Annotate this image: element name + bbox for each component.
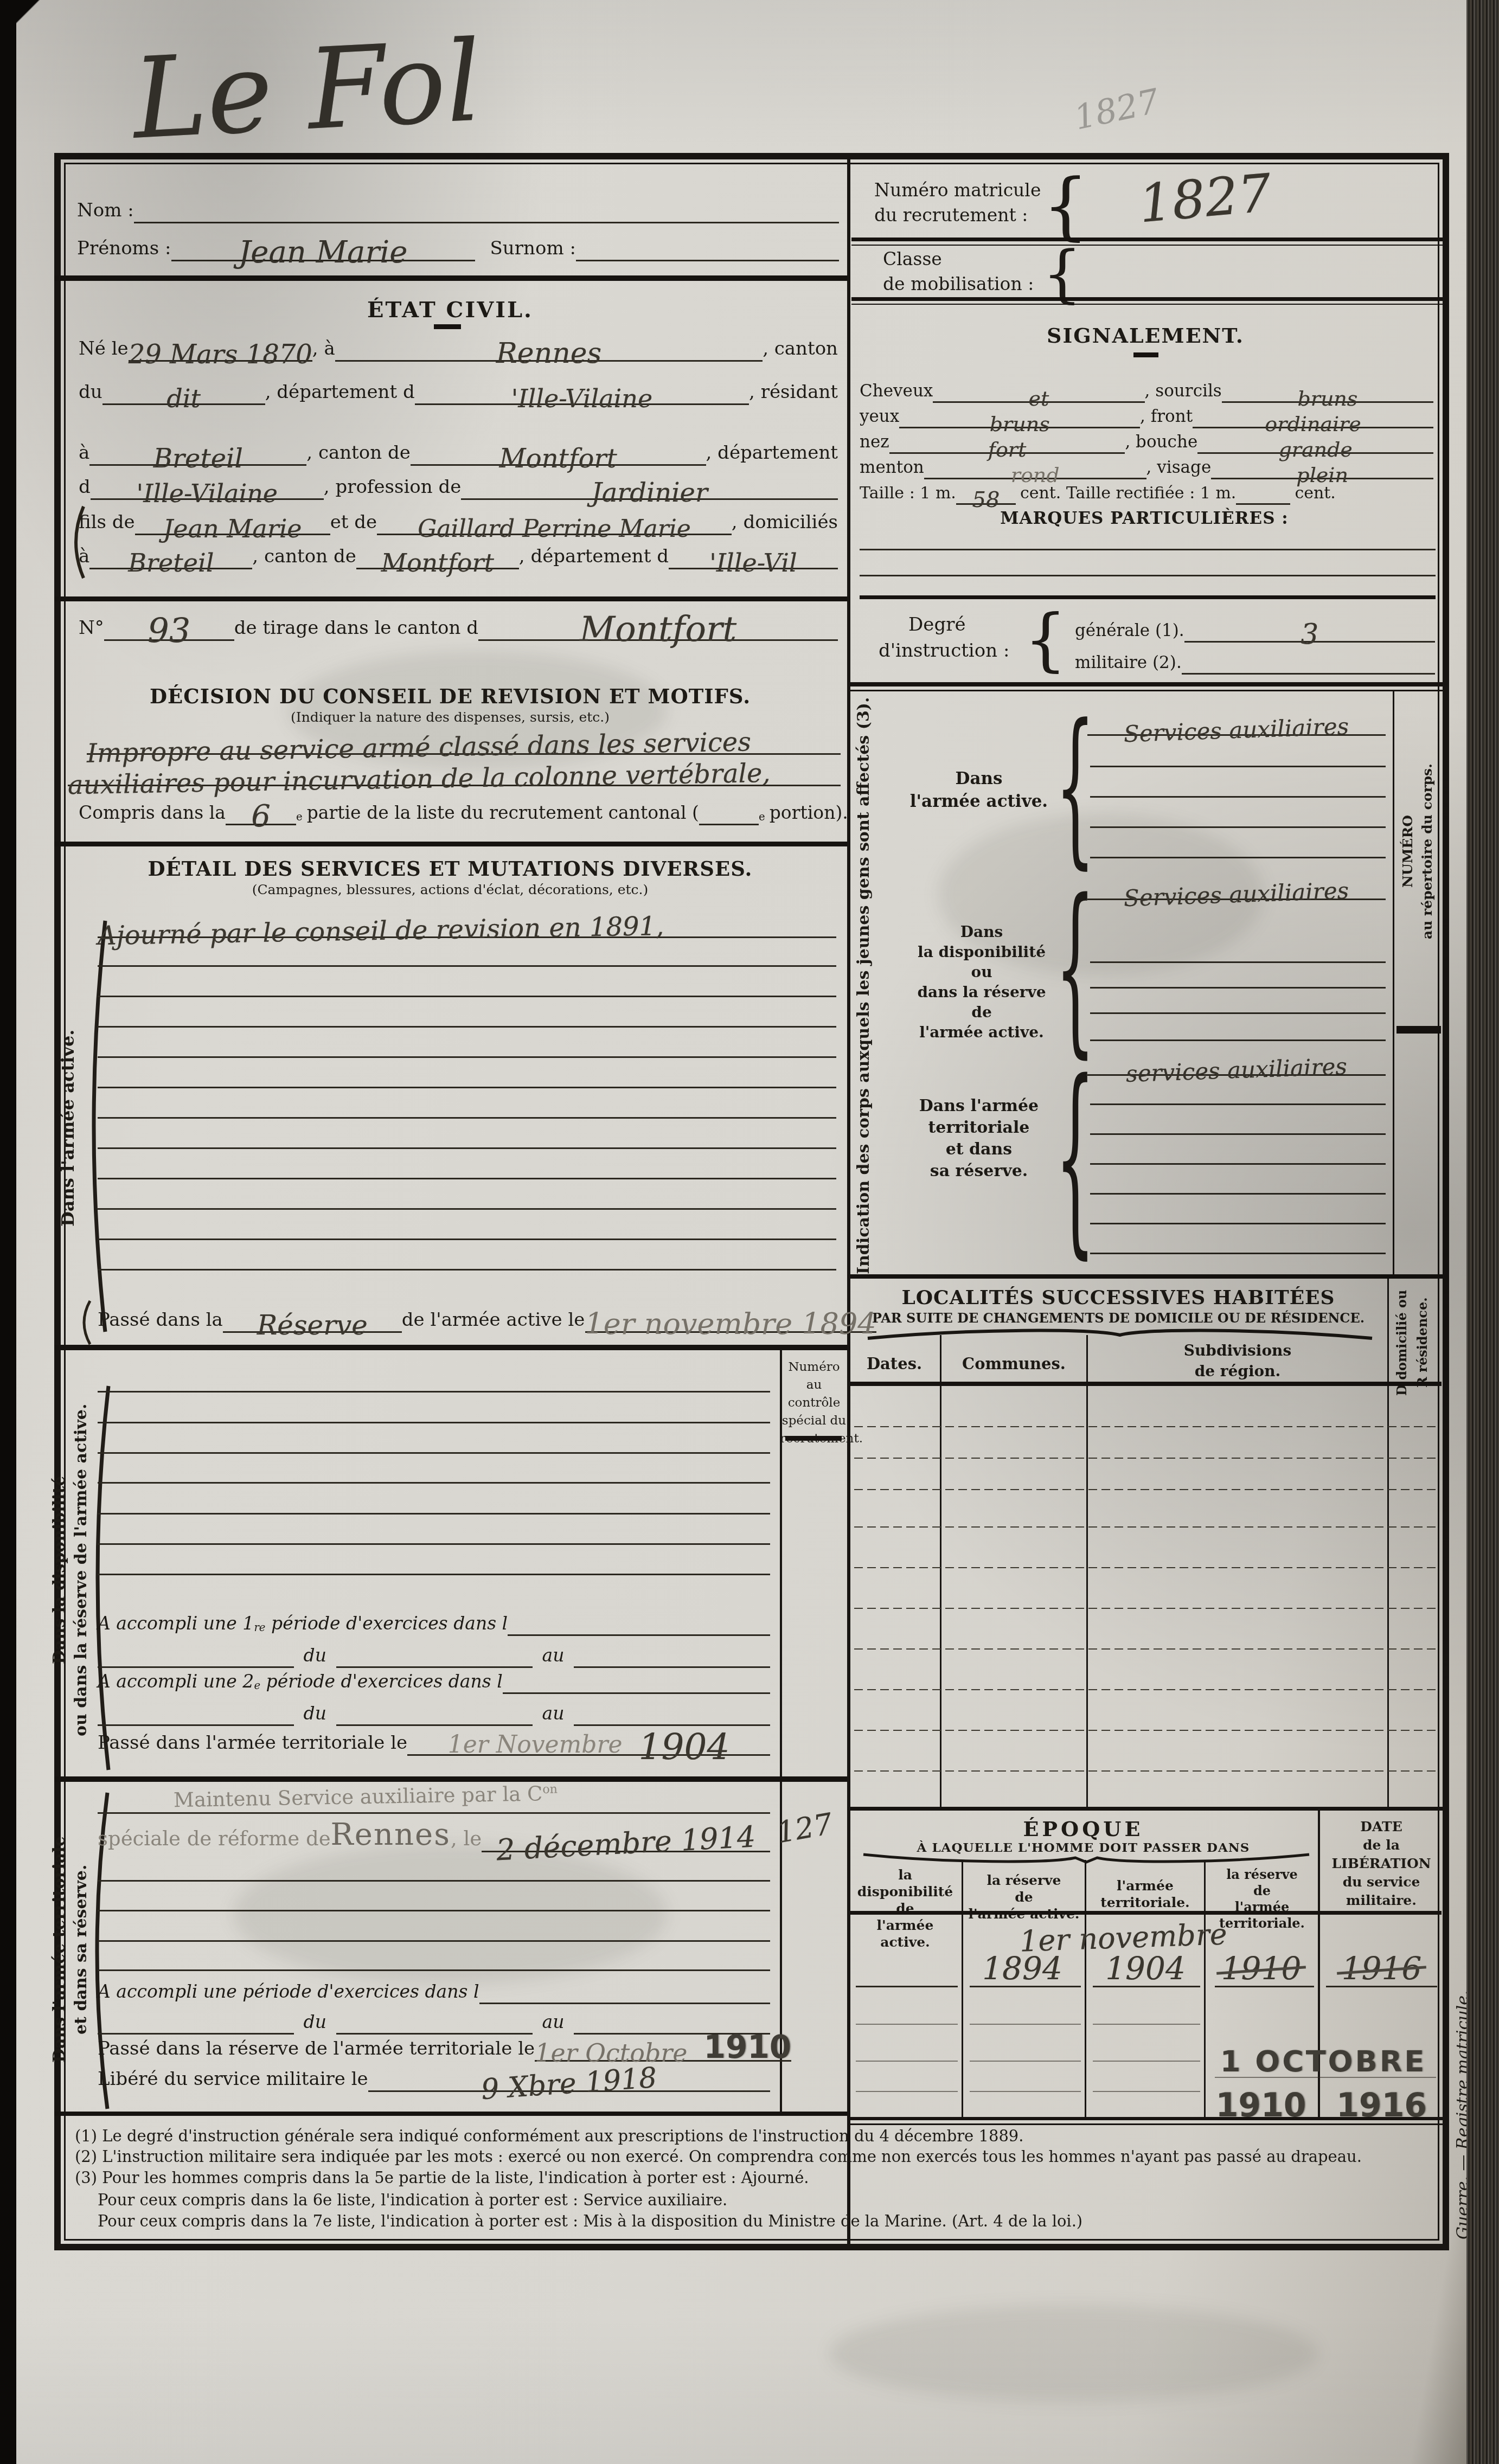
ornament-swash (865, 1327, 1375, 1342)
a-label: à (79, 546, 89, 567)
tirage-canton-value: Montfort (580, 614, 737, 646)
corps-dispo-line: Services auxiliaires (1087, 867, 1386, 900)
rule (54, 1345, 847, 1350)
epoque-col2-header: la réserve de l'armée active. (964, 1872, 1084, 1922)
epoque-col-divider (1085, 1860, 1086, 2119)
octobre-stamp: 1 OCTOBRE (1207, 2044, 1439, 2078)
visage-slot: plein (1211, 453, 1433, 479)
sup-e: e (254, 1679, 260, 1692)
departement-domicile-slot: 'Ille-Vil (669, 535, 838, 569)
degre-label-2: d'instruction : (879, 640, 1009, 662)
prenoms-label: Prénoms : (77, 238, 171, 259)
corps-group1-label: Dans l'armée active. (906, 767, 1052, 813)
blank-line (98, 1239, 836, 1240)
blank-line (1090, 987, 1386, 989)
numero-column-divider (1393, 691, 1394, 1277)
canton-de2-label: , canton de (252, 546, 356, 567)
rule (847, 2123, 1443, 2125)
table-row-line (854, 1648, 1440, 1650)
blank-line (1090, 766, 1386, 767)
maintenu-stamp-sup: on (542, 1782, 558, 1796)
periode2-slot (503, 1660, 770, 1694)
tirage-canton-slot: Montfort (478, 601, 838, 641)
domicile-value: Breteil (128, 552, 214, 574)
libere-slot: 9 Xbre 1918 (368, 2061, 770, 2092)
blank-line (1090, 1163, 1386, 1165)
localites-col-dates: Dates. (849, 1355, 940, 1373)
numero-repertoire-header: NUMÉRO au répertoire du corps. (1398, 700, 1439, 1003)
reforme-stamp-2: , le (451, 1827, 482, 1850)
canton-residence-slot: Montfort (411, 431, 706, 466)
blank-line (98, 996, 836, 997)
corps-territoriale-value: services auxiliaires (1125, 1056, 1347, 1085)
matricule-value: 1827 (1137, 163, 1274, 235)
nom-line (134, 189, 839, 223)
degre-label-1: Degré (908, 614, 966, 636)
controle-column-divider (780, 1350, 782, 2114)
pencil-number: 1827 (1071, 81, 1163, 137)
sourcils-label: , sourcils (1145, 381, 1222, 401)
brace: { (1055, 877, 1095, 1061)
corps-dispo-value: Services auxiliaires (1124, 881, 1349, 909)
epoque-1910-value: 1910 (1221, 1950, 1302, 1987)
blank-line (1093, 2091, 1200, 2092)
cheveux-slot: et (933, 377, 1144, 403)
residant-label: , résidant (749, 381, 838, 403)
etat-civil-title: ÉTAT CIVIL. (233, 297, 667, 323)
blank-line (1093, 2061, 1200, 2062)
footnote-2: (2) L'instruction militaire sera indiqué… (75, 2147, 1387, 2166)
tirage-slot: 93 (104, 601, 234, 641)
father-slot: Jean Marie (135, 501, 330, 535)
table-row-line (854, 1489, 1440, 1490)
periode2-label: A accompli une 2 (98, 1671, 254, 1692)
canton-de-label: , canton de (306, 442, 411, 464)
rule (54, 842, 847, 846)
matricule-label: Numéro matricule du recrutement : (874, 178, 1041, 228)
departement-value: 'Ille-Vilaine (511, 388, 652, 410)
heading-dash (1133, 352, 1158, 357)
book-page-edges (1466, 0, 1499, 2464)
table-row-line (854, 1426, 1440, 1427)
blank-line (856, 2061, 958, 2062)
periode-terr-label: A accompli une période d'exercices dans … (98, 1981, 479, 2002)
domicile-slot: Breteil (89, 535, 252, 569)
corps-territoriale-line: services auxiliaires (1087, 1042, 1386, 1076)
section-brace (80, 917, 108, 1335)
blank-line (98, 1574, 770, 1575)
fils-de-label: fils de (79, 511, 135, 533)
bleed-smudge (830, 2305, 1318, 2402)
blank-line (98, 1880, 770, 1882)
blank-line (98, 1391, 770, 1393)
services-title: DÉTAIL DES SERVICES ET MUTATIONS DIVERSE… (114, 857, 786, 881)
passe-reserve-date: 1er novembre 1894 (585, 1311, 876, 1338)
compris-label-2: partie de la liste du recrutement canton… (303, 802, 699, 823)
sidebar-armee-active: Dans l'armée active. (57, 922, 81, 1334)
mother-slot: Gaillard Perrine Marie (377, 501, 732, 535)
table-row-line (854, 1526, 1440, 1528)
blank-line (98, 1513, 770, 1515)
surnom-label: Surnom : (475, 238, 576, 259)
departement-d-label: , département d (265, 381, 415, 403)
birthdate-value: 29 Mars 1870 (129, 343, 312, 367)
blank-line (98, 1026, 836, 1028)
degre-generale-label: générale (1). (1075, 621, 1184, 640)
taille-slot: 58 (956, 479, 1016, 505)
blank-line (1093, 1986, 1200, 1987)
degre-militaire-label: militaire (2). (1075, 653, 1182, 672)
periode1-label-2: période d'exercices dans l (266, 1613, 508, 1634)
birthplace-slot: Rennes (335, 327, 763, 362)
ornament-brace (861, 1852, 1311, 1864)
rule (54, 275, 847, 281)
canton-domicile-slot: Montfort (356, 535, 519, 569)
a-label: , à (312, 338, 335, 360)
passe-territoriale-year: 1904 (623, 1731, 730, 1763)
sidebar-corps-indication: Indication des corps auxquels les jeunes… (854, 697, 880, 1274)
epoque-col3-header: l'armée territoriale. (1087, 1877, 1203, 1911)
passe-reserve-value: Réserve (257, 1313, 368, 1338)
blank-line (856, 1986, 958, 1987)
epoque-1916-crossed: 1916 (1326, 1950, 1437, 1987)
reforme-stamp-rennes: Rennes (331, 1817, 451, 1852)
table-row-line (854, 1458, 1440, 1459)
corps-active-line: Services auxiliaires (1087, 702, 1386, 736)
blank-line (98, 1178, 836, 1179)
bouche-slot: grande (1197, 428, 1433, 454)
departement-d2-label: , département d (519, 546, 669, 567)
rule (847, 1274, 1443, 1279)
blank-line (1090, 796, 1386, 798)
table-row-line (854, 1770, 1440, 1772)
front-label: , front (1140, 407, 1193, 426)
blank-line (1090, 857, 1386, 858)
rule (54, 2112, 847, 2116)
blank-line (1326, 1986, 1437, 1987)
visage-label: , visage (1146, 458, 1212, 477)
blank-line (1090, 1103, 1386, 1105)
rule (860, 595, 1436, 599)
passe-territoriale-slot: 1er Novembre 1904 (407, 1720, 770, 1756)
corps-active-value: Services auxiliaires (1124, 716, 1349, 745)
name-handwritten: Le Fol (130, 17, 484, 164)
blank-line (98, 1087, 836, 1088)
sup-e: e (759, 811, 765, 823)
table-row-line (854, 1689, 1440, 1690)
epoque-1916-value: 1916 (1342, 1950, 1422, 1987)
localites-col-divider (940, 1335, 941, 1810)
footnote-5: Pour ceux compris dans la 7e liste, l'in… (98, 2212, 1388, 2230)
d-label: d (79, 476, 91, 498)
blank-line (970, 1986, 1081, 1987)
rule (847, 2117, 1443, 2120)
corps-group3-label: Dans l'armée territoriale et dans sa rés… (908, 1095, 1049, 1182)
blank-line (98, 1452, 770, 1454)
scan-corner-shadow (16, 0, 108, 92)
blank-line (970, 2061, 1081, 2062)
surnom-line (576, 227, 839, 261)
taille-rectifiee-label: cent. Taille rectifiée : 1 m. (1016, 484, 1237, 503)
marques-label: MARQUES PARTICULIÈRES : (911, 509, 1378, 528)
periode1-slot (508, 1602, 770, 1636)
localites-header-rule (850, 1382, 1442, 1386)
blank-line (970, 2024, 1081, 2025)
table-row-line (854, 1608, 1440, 1609)
tirage-value: 93 (148, 615, 190, 646)
menton-label: menton (860, 458, 924, 477)
liste-partie-slot: 6 (226, 792, 296, 825)
epoque-header-rule (850, 1911, 1442, 1915)
blank-line (98, 1208, 836, 1210)
portion-slot (699, 792, 759, 825)
passe-territoriale-label: Passé dans l'armée territoriale le (98, 1732, 407, 1754)
footnote-1: (1) Le degré d'instruction générale sera… (75, 2127, 1387, 2145)
birthdate-slot: 29 Mars 1870 (129, 327, 312, 362)
canton-value: dit (166, 388, 201, 410)
blank-line (98, 1056, 836, 1058)
localites-col-communes: Communes. (941, 1355, 1086, 1373)
blank-line (856, 2024, 958, 2025)
blank-line (98, 1117, 836, 1119)
rule (847, 1807, 1443, 1811)
table-row-line (854, 1567, 1440, 1568)
birthplace-value: Rennes (496, 341, 601, 367)
epoque-col-divider (1204, 1860, 1206, 2119)
numero-tirage-label: N° (79, 617, 104, 639)
passe-reserve-label-1: Passé dans la (98, 1309, 223, 1331)
profession-label: , profession de (324, 476, 462, 498)
passe-reserve-date-slot: 1er novembre 1894 (585, 1297, 876, 1333)
blank-line (1215, 2077, 1436, 2078)
passe-reserve-slot: Réserve (223, 1297, 402, 1333)
localites-col-subdivisions: Subdivisions de région. (1088, 1340, 1387, 1382)
blank-line (1090, 1039, 1386, 1041)
reforme-stamp-1: spéciale de réforme de (98, 1827, 331, 1850)
blank-line (1093, 2024, 1200, 2025)
canton-slot: dit (103, 370, 265, 405)
blank-line (98, 1543, 770, 1545)
brace: { (1055, 1056, 1095, 1262)
compris-label-3: portion). (765, 802, 848, 823)
brace: { (1024, 606, 1067, 674)
blank-line (1090, 826, 1386, 828)
tirage-text: de tirage dans le canton d (234, 617, 478, 639)
blank-line (1215, 1986, 1314, 1987)
services-subtitle: (Campagnes, blessures, actions d'éclat, … (114, 882, 786, 897)
taille-label: Taille : 1 m. (860, 484, 956, 503)
blank-line (98, 1940, 770, 1942)
nez-label: nez (860, 432, 889, 452)
blank-line (970, 2091, 1081, 2092)
profession-slot: Jardinier (461, 465, 838, 500)
left-paren-decoration (75, 1299, 93, 1346)
rule (851, 238, 1443, 241)
menton-slot: rond (924, 453, 1146, 479)
blank-line (1090, 1253, 1386, 1254)
degre-generale-slot: 3 (1184, 610, 1435, 643)
departement-domicile-value: 'Ille-Vil (709, 552, 797, 574)
footnote-4: Pour ceux compris dans la 6e liste, l'in… (98, 2191, 1388, 2209)
taille-rectifiee-slot (1236, 479, 1290, 505)
blank-line (1090, 961, 1386, 963)
sup-e: e (296, 811, 303, 823)
blank-line (860, 575, 1436, 576)
epoque-1904-value: 1904 (1091, 1950, 1200, 1987)
sup-re: re (254, 1621, 265, 1634)
services-line-1: Ajourné par le conseil de revision en 18… (98, 904, 836, 938)
rule (850, 690, 1443, 691)
table-row-line (854, 1730, 1440, 1731)
decision-title: DÉCISION DU CONSEIL DE REVISION ET MOTIF… (114, 684, 786, 708)
rule (54, 1776, 847, 1782)
blank-line (1090, 1012, 1386, 1014)
passe-territoriale-stamp: 1er Novembre (448, 1731, 623, 1759)
passe-reserve-label-2: de l'armée active le (402, 1309, 585, 1331)
blank-line (98, 1812, 770, 1814)
nom-label: Nom : (77, 200, 134, 221)
blank-line (98, 965, 836, 967)
residence-slot: Breteil (89, 431, 306, 466)
scanned-register-page: 1827 Le Fol Nom : Prénoms : Jean Marie S… (0, 0, 1499, 2464)
a-label: à (79, 442, 89, 464)
epoque-1894-value: 1894 (968, 1950, 1077, 1987)
controle-header-rule (785, 1436, 842, 1441)
signalement-title: SIGNALEMENT. (847, 323, 1444, 348)
blank-line (1090, 1193, 1386, 1195)
rule (851, 304, 1443, 305)
rule (851, 245, 1443, 246)
blank-line (856, 2091, 958, 2092)
et-de-label: et de (330, 511, 377, 533)
decision-line-2: auxiliaires pour incurvation de la colon… (68, 752, 841, 786)
blank-line (98, 1269, 836, 1271)
blank-line (98, 1147, 836, 1149)
sourcils-slot: bruns (1222, 377, 1433, 403)
passe-res-terr-slot: 1er Octobre 1910 (535, 2028, 791, 2062)
departement2-slot: 'Ille-Vilaine (91, 465, 324, 500)
epoque-col1-header: la disponibilité de l'armée active. (850, 1866, 960, 1950)
blank-line (98, 1910, 770, 1911)
localites-title: LOCALITÉS SUCCESSIVES HABITÉES (847, 1286, 1389, 1309)
yeux-label: yeux (860, 407, 899, 426)
cheveux-label: Cheveux (860, 381, 933, 401)
passe-res-terr-date2: 1910 (688, 2029, 791, 2065)
footnote-3: (3) Pour les hommes compris dans la 5e p… (75, 2168, 1387, 2187)
blank-line (98, 1482, 770, 1484)
paper: 1827 Le Fol Nom : Prénoms : Jean Marie S… (16, 0, 1466, 2464)
blank-line (1090, 1223, 1386, 1224)
bouche-label: , bouche (1125, 432, 1197, 452)
brace: { (1042, 169, 1089, 242)
blank-line (98, 1969, 770, 1971)
nez-slot: fort (889, 428, 1125, 454)
du-label: du (79, 381, 103, 403)
departement-slot: 'Ille-Vilaine (415, 370, 749, 405)
controle-column-header: Numéro au contrôle spécial du recrutemen… (780, 1358, 848, 1448)
brace: { (1042, 243, 1082, 305)
rule (851, 297, 1443, 301)
liste-partie-value: 6 (251, 803, 271, 830)
reforme-date-slot: 2 décembre 1914 (482, 1818, 770, 1852)
blank-line (860, 549, 1436, 550)
localites-col-divider (1086, 1335, 1088, 1810)
blank-line (1090, 1133, 1386, 1135)
compris-label-1: Compris dans la (79, 802, 226, 823)
epoque-1910-crossed: 1910 (1208, 1950, 1314, 1987)
classe-label: Classe de mobilisation : (883, 247, 1034, 297)
rule (850, 682, 1443, 686)
prenoms-line: Jean Marie (171, 227, 475, 261)
front-slot: ordinaire (1193, 402, 1433, 428)
epoque-col-divider (962, 1860, 963, 2119)
blank-line (98, 1422, 770, 1423)
degre-militaire-slot (1182, 643, 1435, 675)
prenoms-value: Jean Marie (239, 239, 407, 266)
cent-label: cent. (1290, 484, 1335, 503)
domicilies-label: , domiciliés (732, 511, 838, 533)
yeux-slot: bruns (899, 402, 1140, 428)
brace: { (1055, 704, 1095, 872)
table-mark (1396, 1026, 1441, 1034)
libere-label: Libéré du service militaire le (98, 2068, 368, 2090)
ne-le-label: Né le (79, 338, 129, 360)
canton-suffix: , canton (763, 338, 838, 360)
taille-value: 58 (972, 490, 1000, 510)
decision-line-1: Impropre au service armé classé dans les… (87, 720, 841, 755)
epoque-title: ÉPOQUE (849, 1817, 1318, 1841)
epoque-date-header: DATE de la LIBÉRATION du service militai… (1321, 1818, 1442, 1910)
departement-label: , département (706, 442, 838, 464)
periode1-label: A accompli une 1 (98, 1613, 254, 1634)
periode-terr-slot (479, 1972, 770, 2004)
localites-subtitle: PAR SUITE DE CHANGEMENTS DE DOMICILE OU … (847, 1310, 1389, 1326)
corps-group2-label: Dans la disponibilité ou dans la réserve… (914, 922, 1049, 1042)
passe-res-terr-label: Passé dans la réserve de l'armée territo… (98, 2038, 535, 2059)
canton-domicile-value: Montfort (381, 552, 494, 574)
periode2-label-2: période d'exercices dans l (260, 1671, 503, 1692)
